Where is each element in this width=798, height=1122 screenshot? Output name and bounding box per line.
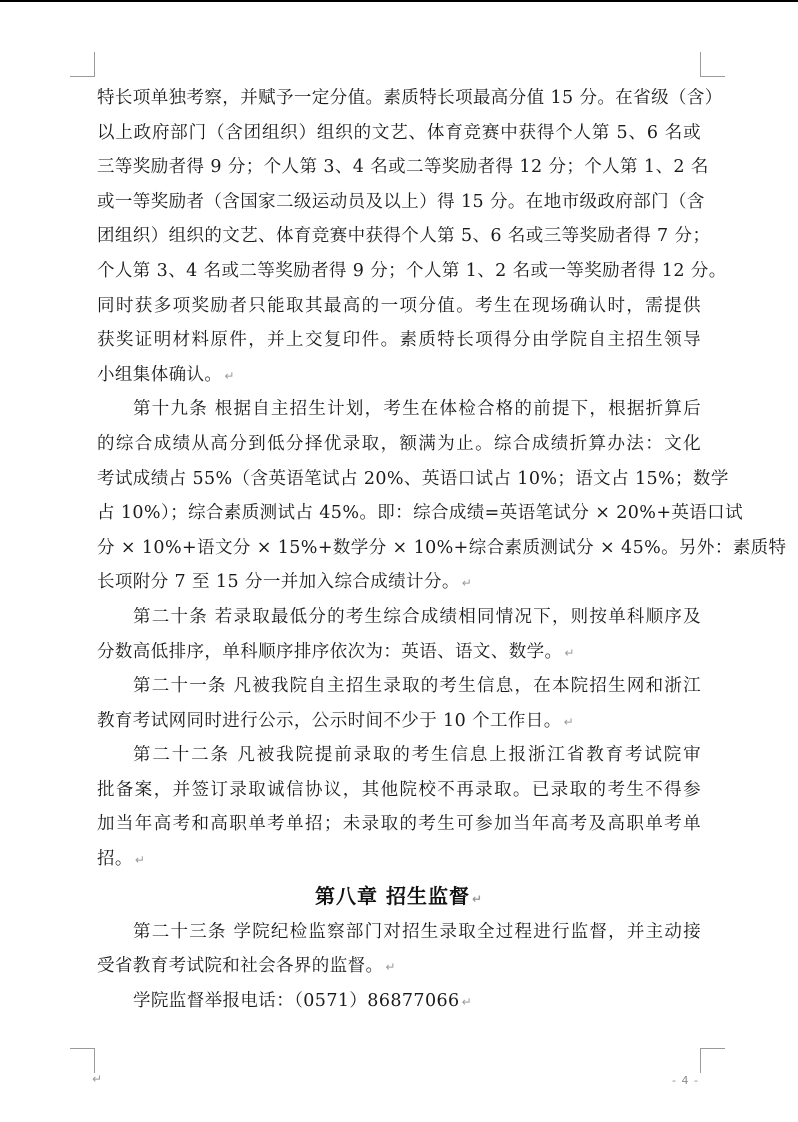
text-line: 加当年高考和高职单考单招；未录取的考生可参加当年高考及高职单考单 — [97, 807, 701, 842]
footer-paragraph-mark-icon: ↵ — [92, 1072, 102, 1086]
top-border-rule — [0, 0, 798, 2]
corner-mark-bottom-right — [700, 1048, 725, 1073]
corner-mark-top-left — [70, 52, 95, 77]
text-line: 分 × 10%+语文分 × 15%+数学分 × 10%+综合素质测试分 × 45… — [97, 531, 701, 566]
paragraph-continuation: 特长项单独考察，并赋予一定分值。素质特长项最高分值 15 分。在省级（含） 以上… — [97, 81, 701, 392]
text-line: 批备案，并签订录取诚信协议，其他院校不再录取。已录取的考生不得参 — [97, 773, 701, 808]
text-line: 考试成绩占 55%（含英语笔试占 20%、英语口试占 10%；语文占 15%；数… — [97, 462, 701, 497]
paragraph-article-21: 第二十一条 凡被我院自主招生录取的考生信息，在本院招生网和浙江 教育考试网同时进… — [97, 669, 701, 738]
hotline-text: 学院监督举报电话：（0571）86877066 — [133, 991, 460, 1011]
text-line: 获奖证明材料原件，并上交复印件。素质特长项得分由学院自主招生领导 — [97, 323, 701, 358]
paragraph-mark-icon: ↵ — [564, 646, 574, 660]
text-content: 教育考试网同时进行公示，公示时间不少于 10 个工作日。 — [97, 711, 562, 731]
paragraph-mark-icon: ↵ — [135, 853, 145, 867]
chapter-heading: 第八章 招生监督↵ — [97, 877, 701, 915]
text-line: 个人第 3、4 名或二等奖励者得 9 分；个人第 1、2 名或一等奖励者得 12… — [97, 254, 701, 289]
paragraph-mark-icon: ↵ — [385, 960, 395, 974]
text-line: 团组织）组织的文艺、体育竞赛中获得个人第 5、6 名或三等奖励者得 7 分； — [97, 219, 701, 254]
text-line: 第二十一条 凡被我院自主招生录取的考生信息，在本院招生网和浙江 — [97, 669, 701, 704]
paragraph-article-22: 第二十二条 凡被我院提前录取的考生信息上报浙江省教育考试院审 批备案，并签订录取… — [97, 738, 701, 876]
text-content: 小组集体确认。 — [97, 365, 222, 385]
paragraph-mark-icon: ↵ — [564, 715, 574, 729]
text-line-last: 教育考试网同时进行公示，公示时间不少于 10 个工作日。↵ — [97, 704, 701, 739]
paragraph-mark-icon: ↵ — [224, 369, 234, 383]
text-line: 第十九条 根据自主招生计划，考生在体检合格的前提下，根据折算后 — [97, 392, 701, 427]
chapter-title: 第八章 招生监督 — [315, 884, 470, 908]
text-line: 同时获多项奖励者只能取其最高的一项分值。考生在现场确认时，需提供 — [97, 289, 701, 324]
text-line: 以上政府部门（含团组织）组织的文艺、体育竞赛中获得个人第 5、6 名或 — [97, 116, 701, 151]
text-content: 长项附分 7 至 15 分一并加入综合成绩计分。 — [97, 572, 460, 592]
text-line-last: 招。↵ — [97, 842, 701, 877]
text-line-last: 长项附分 7 至 15 分一并加入综合成绩计分。↵ — [97, 565, 701, 600]
text-line-last: 分数高低排序，单科顺序排序依次为：英语、语文、数学。↵ — [97, 635, 701, 670]
page-number: - 4 - — [672, 1074, 699, 1087]
text-content: 受省教育考试院和社会各界的监督。 — [97, 956, 383, 976]
text-line: 第二十三条 学院纪检监察部门对招生录取全过程进行监督，并主动接 — [97, 915, 701, 950]
corner-mark-bottom-left — [70, 1048, 95, 1073]
text-content: 分数高低排序，单科顺序排序依次为：英语、语文、数学。 — [97, 642, 562, 662]
text-line: 占 10%）；综合素质测试占 45%。即：综合成绩=英语笔试分 × 20%+英语… — [97, 496, 701, 531]
text-line: 第二十二条 凡被我院提前录取的考生信息上报浙江省教育考试院审 — [97, 738, 701, 773]
paragraph-article-19: 第十九条 根据自主招生计划，考生在体检合格的前提下，根据折算后 的综合成绩从高分… — [97, 392, 701, 600]
text-line-last: 小组集体确认。↵ — [97, 358, 701, 393]
text-line: 特长项单独考察，并赋予一定分值。素质特长项最高分值 15 分。在省级（含） — [97, 81, 701, 116]
text-line: 第二十条 若录取最低分的考生综合成绩相同情况下，则按单科顺序及 — [97, 600, 701, 635]
text-line: 三等奖励者得 9 分；个人第 3、4 名或二等奖励者得 12 分；个人第 1、2… — [97, 150, 701, 185]
text-line: 的综合成绩从高分到低分择优录取，额满为止。综合成绩折算办法：文化 — [97, 427, 701, 462]
text-line-last: 受省教育考试院和社会各界的监督。↵ — [97, 949, 701, 984]
document-body: 特长项单独考察，并赋予一定分值。素质特长项最高分值 15 分。在省级（含） 以上… — [97, 81, 701, 1018]
paragraph-mark-icon: ↵ — [472, 892, 483, 906]
hotline-line: 学院监督举报电话：（0571）86877066↵ — [97, 984, 701, 1019]
text-line: 或一等奖励者（含国家二级运动员及以上）得 15 分。在地市级政府部门（含 — [97, 185, 701, 220]
paragraph-mark-icon: ↵ — [462, 576, 472, 590]
paragraph-article-23: 第二十三条 学院纪检监察部门对招生录取全过程进行监督，并主动接 受省教育考试院和… — [97, 915, 701, 984]
paragraph-mark-icon: ↵ — [462, 995, 472, 1009]
text-content: 招。 — [97, 849, 133, 869]
paragraph-hotline: 学院监督举报电话：（0571）86877066↵ — [97, 984, 701, 1019]
corner-mark-top-right — [700, 52, 725, 77]
paragraph-article-20: 第二十条 若录取最低分的考生综合成绩相同情况下，则按单科顺序及 分数高低排序，单… — [97, 600, 701, 669]
